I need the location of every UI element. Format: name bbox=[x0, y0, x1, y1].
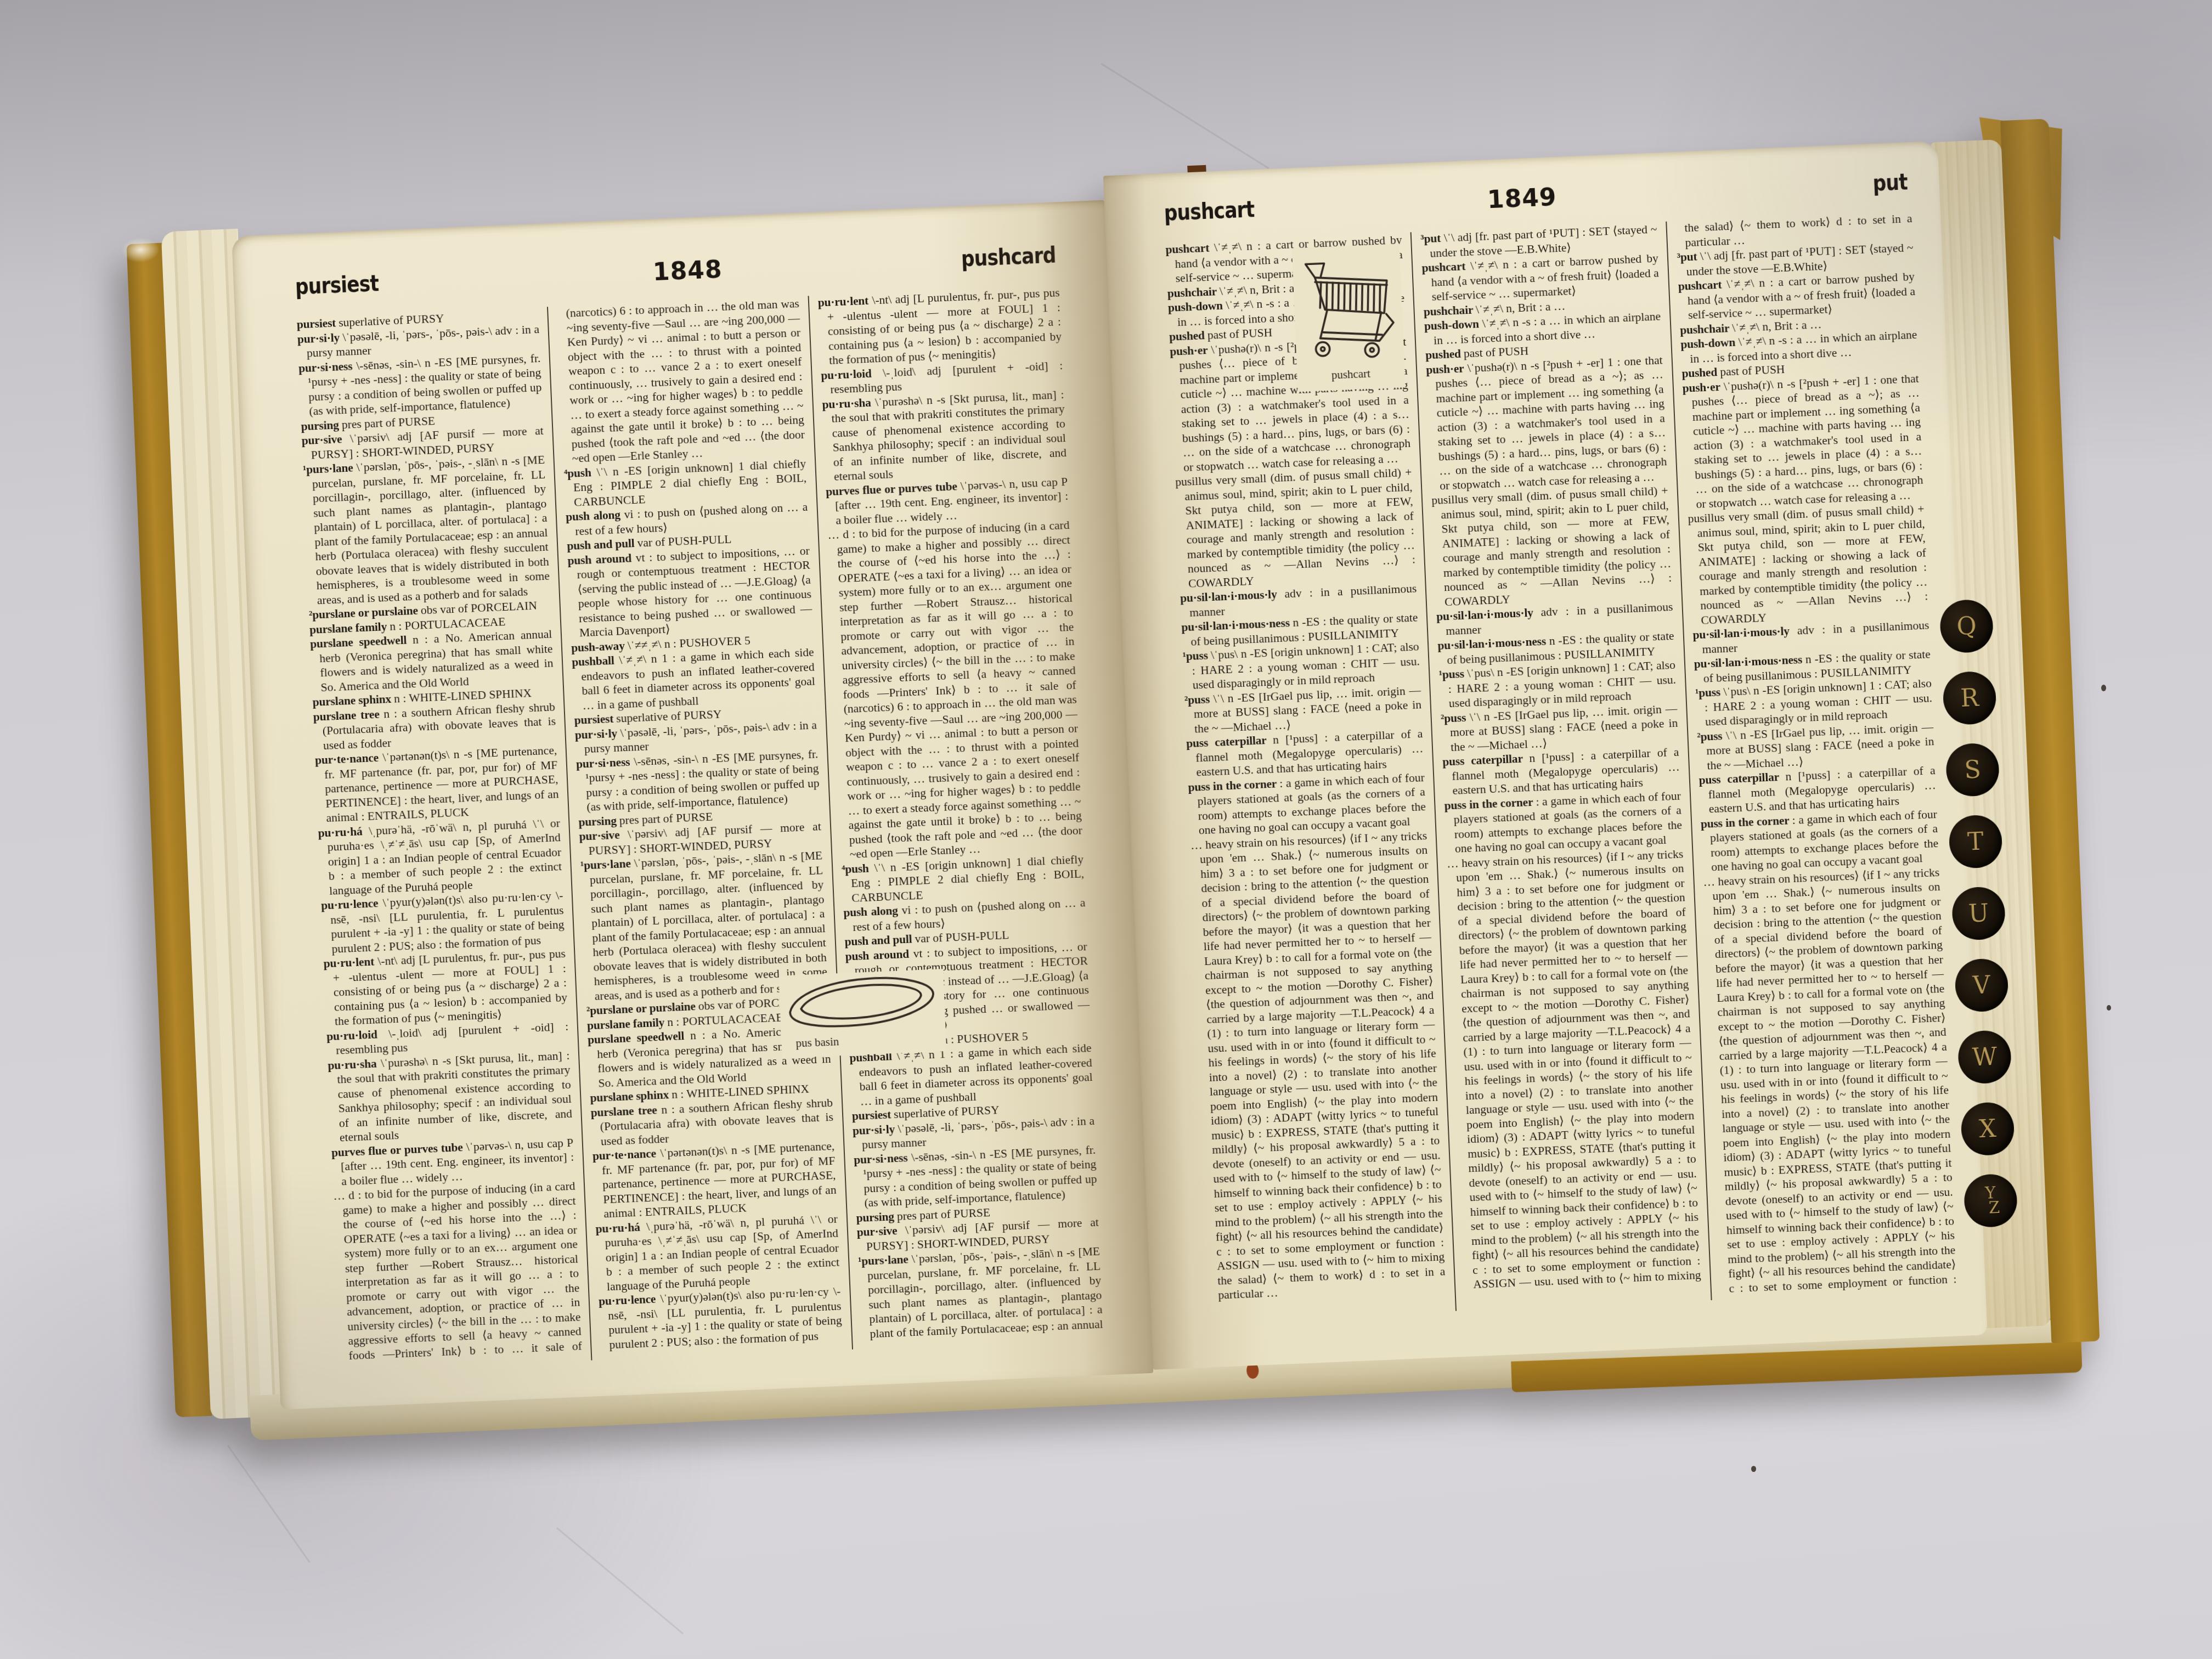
dictionary-entry: pu·ru·lent \-nt\ adj [L purulentus, fr. … bbox=[817, 285, 1062, 368]
dictionary-entry: pur·te·nance \ˈpərtənən(t)s\ n -s [ME pu… bbox=[592, 1139, 837, 1222]
dictionary-entry: purves flue or purves tube \ˈpərvəs-\ n,… bbox=[331, 1135, 575, 1189]
dictionary-entry: pu·ru·sha \ˈpurəshə\ n -s [Skt purusa, l… bbox=[328, 1048, 573, 1145]
dictionary-entry: pu·ru·sha \ˈpurəshə\ n -s [Skt purusa, l… bbox=[1099, 783, 1104, 880]
dictionary-entry: push along vi : to push on ⟨pushed along… bbox=[843, 895, 1086, 934]
thumb-tab-letter: V bbox=[1972, 971, 1991, 1000]
surface-scratch bbox=[556, 1527, 684, 1634]
dictionary-entry: pusillus very small (dim. of pusus small… bbox=[1175, 465, 1417, 591]
page-number: 1849 bbox=[1487, 183, 1557, 214]
pus-basin-illustration bbox=[784, 969, 940, 1036]
dictionary-entry: push along vi : to push on ⟨pushed along… bbox=[566, 500, 809, 539]
thumb-tab-letter: W bbox=[1972, 1042, 1997, 1071]
dictionary-entry: pu·ru·loid \-ˌloid\ adj [purulent + -oid… bbox=[326, 1019, 569, 1058]
dictionary-entry: push-away \ˈ≠≠ˌ≠\ n : PUSHOVER 5 bbox=[849, 1026, 1091, 1051]
dictionary-entry: purslane sphinx n : WHITE-LINED SPHINX bbox=[312, 685, 555, 709]
left-page: pursiest 1848 pushcard pursiest superlat… bbox=[232, 200, 1153, 1410]
thumb-tab-letter: U bbox=[1968, 899, 1989, 928]
dictionary-entry: pur·te·nance \ˈpərtənən(t)s\ n -s [ME pu… bbox=[1087, 478, 1104, 561]
guide-word-left: pursiest bbox=[295, 270, 379, 300]
photo-background: pursiest 1848 pushcard pursiest superlat… bbox=[0, 0, 2212, 1659]
left-page-header: pursiest 1848 pushcard bbox=[233, 240, 1107, 303]
dictionary-entry: puss in the corner : a game in which eac… bbox=[1188, 770, 1426, 838]
thumb-tab-letter: Z bbox=[1988, 1200, 2000, 1215]
dictionary-entry: pu·ru·lent \-nt\ adj [L purulentus, fr. … bbox=[323, 946, 568, 1029]
dictionary-entry: pur·si·ly \ˈpəsəlē, -li, ˈpərs-, ˈpōs-, … bbox=[297, 321, 540, 360]
dictionary-entry: … d : to bid for the purpose of inducing… bbox=[827, 518, 1083, 862]
dictionary-entry: push and pull var of PUSH-PULL bbox=[567, 529, 809, 554]
thumb-tab-letter: Q bbox=[1956, 612, 1977, 640]
dictionary-entry: pushball \ˈ≠ˌ≠\ n 1 : a game in which ea… bbox=[572, 645, 816, 713]
dictionary-entry: pursiest superlative of PURSY bbox=[296, 307, 539, 332]
page-number: 1848 bbox=[652, 256, 723, 286]
dictionary-entry: … d : to bid for the purpose of inducing… bbox=[333, 296, 805, 1371]
dictionary-entry: ⁴push \ˈ\ n -ES [origin unknown] 1 dial … bbox=[563, 456, 807, 510]
dictionary-entry: pu·ru·loid \-ˌloid\ adj [purulent + -oid… bbox=[821, 358, 1064, 397]
right-page: pushcart 1849 put pushcart \ˈ≠ˌ≠\ n : a … bbox=[1103, 141, 1988, 1370]
dictionary-entry: push·er \ˈpushə(r)\ n -s [²push + -er] 1… bbox=[1682, 371, 1924, 511]
dictionary-entry: pur·sive \ˈpərsiv\ adj [AF pursif — more… bbox=[856, 1215, 1099, 1254]
dictionary-entry: pu·ru·sha \ˈpurəshə\ n -s [Skt purusa, l… bbox=[822, 387, 1068, 484]
dictionary-entry: pushball \ˈ≠ˌ≠\ n 1 : a game in which ea… bbox=[849, 1041, 1093, 1109]
dictionary-entry: pur·si·ness \-sēnəs, -sin-\ n -ES [ME pu… bbox=[298, 351, 543, 419]
dictionary-entry: pu·ru·loid \-ˌloid\ adj [purulent + -oid… bbox=[1098, 754, 1104, 793]
dictionary-entry: push-away \ˈ≠≠ˌ≠\ n : PUSHOVER 5 bbox=[571, 630, 814, 655]
dictionary-entry: purslane speedwell n : a No. American an… bbox=[310, 627, 554, 695]
dictionary-entry: ²purslane or purslaine obs var of PORCEL… bbox=[586, 994, 829, 1018]
dictionary-entry: pu·ru·lence \ˈpyur(y)ələn(t)s\ also pu·r… bbox=[1093, 623, 1104, 691]
dictionary-entry: purslane family n : PORTULACACEAE bbox=[309, 612, 552, 637]
guide-word-left: pushcart bbox=[1164, 196, 1255, 226]
shopping-cart-illustration bbox=[1294, 244, 1402, 369]
dictionary-entry: pursing pres part of PURSE bbox=[578, 805, 821, 830]
guide-word-right: pushcard bbox=[961, 241, 1057, 272]
thumb-tab-letter: R bbox=[1960, 684, 1979, 712]
dictionary-entry: purslane tree n : a southern African fle… bbox=[590, 1095, 834, 1149]
dust-speck bbox=[1751, 1466, 1756, 1472]
thumb-tab-letter: S bbox=[1963, 755, 1981, 784]
dictionary-entry: push·er \ˈpushə(r)\ n -s [²push + -er] 1… bbox=[1426, 353, 1668, 493]
dictionary-entry: purves flue or purves tube \ˈpərvəs-\ n,… bbox=[1103, 870, 1104, 924]
dictionary-entry: ²purslane or purslaine obs var of PORCEL… bbox=[1081, 332, 1104, 357]
dictionary-entry: pur·sive \ˈpərsiv\ adj [AF pursif — more… bbox=[301, 424, 544, 462]
dictionary-entry: pur·si·ly \ˈpəsəlē, -li, ˈpərs-, ˈpōs-, … bbox=[852, 1113, 1095, 1152]
dictionary-entry: purves flue or purves tube \ˈpərvəs-\ n,… bbox=[826, 474, 1069, 528]
dictionary-entry: ²purslane or purslaine obs var of PORCEL… bbox=[309, 598, 551, 623]
dictionary-entry: pu·ru·lent \-nt\ adj [L purulentus, fr. … bbox=[1095, 681, 1103, 764]
dictionary-entry: purslane speedwell n : a No. American an… bbox=[1082, 362, 1104, 430]
dictionary-entry: pur·si·ness \-sēnəs, -sin-\ n -ES [ME pu… bbox=[854, 1142, 1098, 1210]
dictionary-entry: pur·te·nance \ˈpərtənən(t)s\ n -s [ME pu… bbox=[315, 743, 560, 826]
dictionary-entry: purslane family n : PORTULACACEAE bbox=[587, 1008, 830, 1032]
dictionary-entry: puss in the corner : a game in which eac… bbox=[1444, 788, 1683, 856]
guide-word-right: put bbox=[1872, 168, 1908, 196]
dictionary-entry: pursiest superlative of PURSY bbox=[574, 703, 816, 727]
dictionary-entry: pu·ru·há \ˌpurəˈhä, -rōˈwä\ n, pl puruhá… bbox=[318, 816, 562, 899]
dictionary-entry: purslane tree n : a southern African fle… bbox=[1085, 435, 1103, 488]
dictionary-entry: push around vt : to subject to impositio… bbox=[845, 939, 1091, 1036]
pushcart-figure: pushcart bbox=[1292, 244, 1406, 392]
dictionary-entry: purslane family n : PORTULACACEAE bbox=[1081, 347, 1104, 372]
dictionary-entry: pur·sive \ˈpərsiv\ adj [AF pursif — more… bbox=[579, 819, 822, 858]
figure-caption: pushcart bbox=[1297, 365, 1405, 383]
thumb-tab-letter: X bbox=[1978, 1115, 1996, 1143]
right-page-text-columns: pushcart \ˈ≠ˌ≠\ n : a cart or barrow pus… bbox=[1165, 211, 1957, 1321]
dictionary-entry: pursing pres part of PURSE bbox=[856, 1200, 1098, 1225]
dictionary-entry: pur·si·ness \-sēnəs, -sin-\ n -ES [ME pu… bbox=[576, 747, 820, 815]
left-page-text-columns: pursiest superlative of PURSYpur·si·ly \… bbox=[296, 285, 1103, 1371]
figure-caption: pus basin bbox=[781, 1030, 946, 1051]
dictionary-entry: pusillus very small (dim. of pusus small… bbox=[1688, 502, 1929, 628]
dictionary-entry: ¹purs·lane \ˈpərslən, ˈpōs-, ˈpəis-, -ˌs… bbox=[580, 848, 828, 1003]
dictionary-entry: pursiest superlative of PURSY bbox=[851, 1099, 1094, 1124]
dictionary-entry: push around vt : to subject to impositio… bbox=[567, 543, 813, 640]
dictionary-entry: purslane tree n : a southern African fle… bbox=[313, 699, 556, 753]
dictionary-entry: ¹purs·lane \ˈpərslən, ˈpōs-, ˈpəis-, -ˌs… bbox=[302, 453, 550, 608]
dictionary-book: pursiest 1848 pushcard pursiest superlat… bbox=[117, 127, 2132, 1459]
dictionary-entry: purslane speedwell n : a No. American an… bbox=[588, 1023, 832, 1091]
dictionary-entry: pu·ru·lence \ˈpyur(y)ələn(t)s\ also pu·r… bbox=[599, 1284, 843, 1352]
dictionary-entry: pusillus very small (dim. of pusus small… bbox=[1431, 483, 1673, 610]
dictionary-entry: pu·ru·lence \ˈpyur(y)ələn(t)s\ also pu·r… bbox=[321, 888, 565, 956]
dictionary-entry: puss in the corner : a game in which eac… bbox=[1700, 807, 1939, 875]
dictionary-entry: … heavy strain on his resources⟩ ⟨if I ~… bbox=[1190, 828, 1446, 1303]
dictionary-entry: pursing pres part of PURSE bbox=[301, 409, 543, 433]
dictionary-entry: pu·ru·há \ˌpurəˈhä, -rōˈwä\ n, pl puruhá… bbox=[595, 1211, 840, 1294]
pus-basin-figure: pus basin bbox=[778, 969, 946, 1058]
dictionary-entry: purslane sphinx n : WHITE-LINED SPHINX bbox=[1084, 420, 1103, 444]
dictionary-entry: ⁴push \ˈ\ n -ES [origin unknown] 1 dial … bbox=[841, 852, 1085, 906]
dictionary-entry: pu·ru·há \ˌpurəˈhä, -rōˈwä\ n, pl puruhá… bbox=[1090, 550, 1103, 633]
surface-crease bbox=[1101, 63, 1269, 169]
dictionary-entry: pur·si·ly \ˈpəsəlē, -li, ˈpərs-, ˈpōs-, … bbox=[574, 718, 817, 757]
surface-scratch bbox=[227, 1445, 311, 1563]
dictionary-entry: purslane sphinx n : WHITE-LINED SPHINX bbox=[590, 1081, 832, 1105]
dictionary-entry: ¹purs·lane \ˈpərslən, ˈpōs-, ˈpəis-, -ˌs… bbox=[857, 285, 1103, 1349]
dictionary-entry: push and pull var of PUSH-PULL bbox=[844, 924, 1087, 949]
thumb-tab-letter: T bbox=[1967, 827, 1984, 856]
